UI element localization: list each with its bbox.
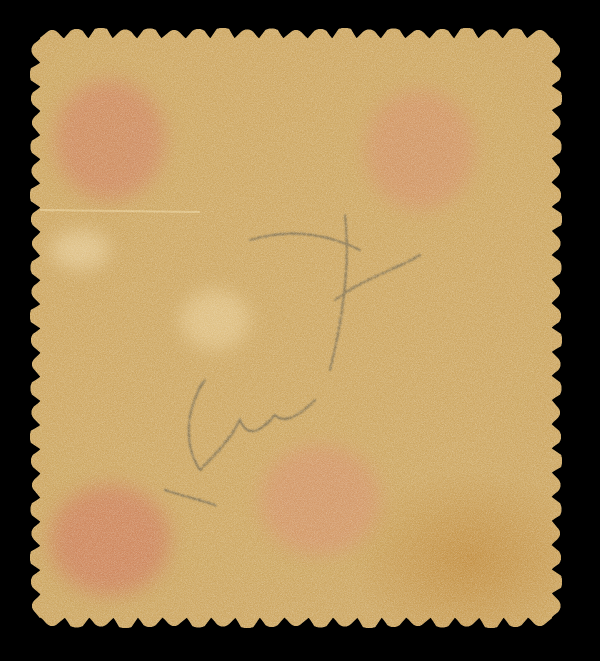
stamp-paper — [0, 0, 600, 661]
stamp-back — [0, 0, 600, 661]
stamp-photo — [0, 0, 600, 661]
